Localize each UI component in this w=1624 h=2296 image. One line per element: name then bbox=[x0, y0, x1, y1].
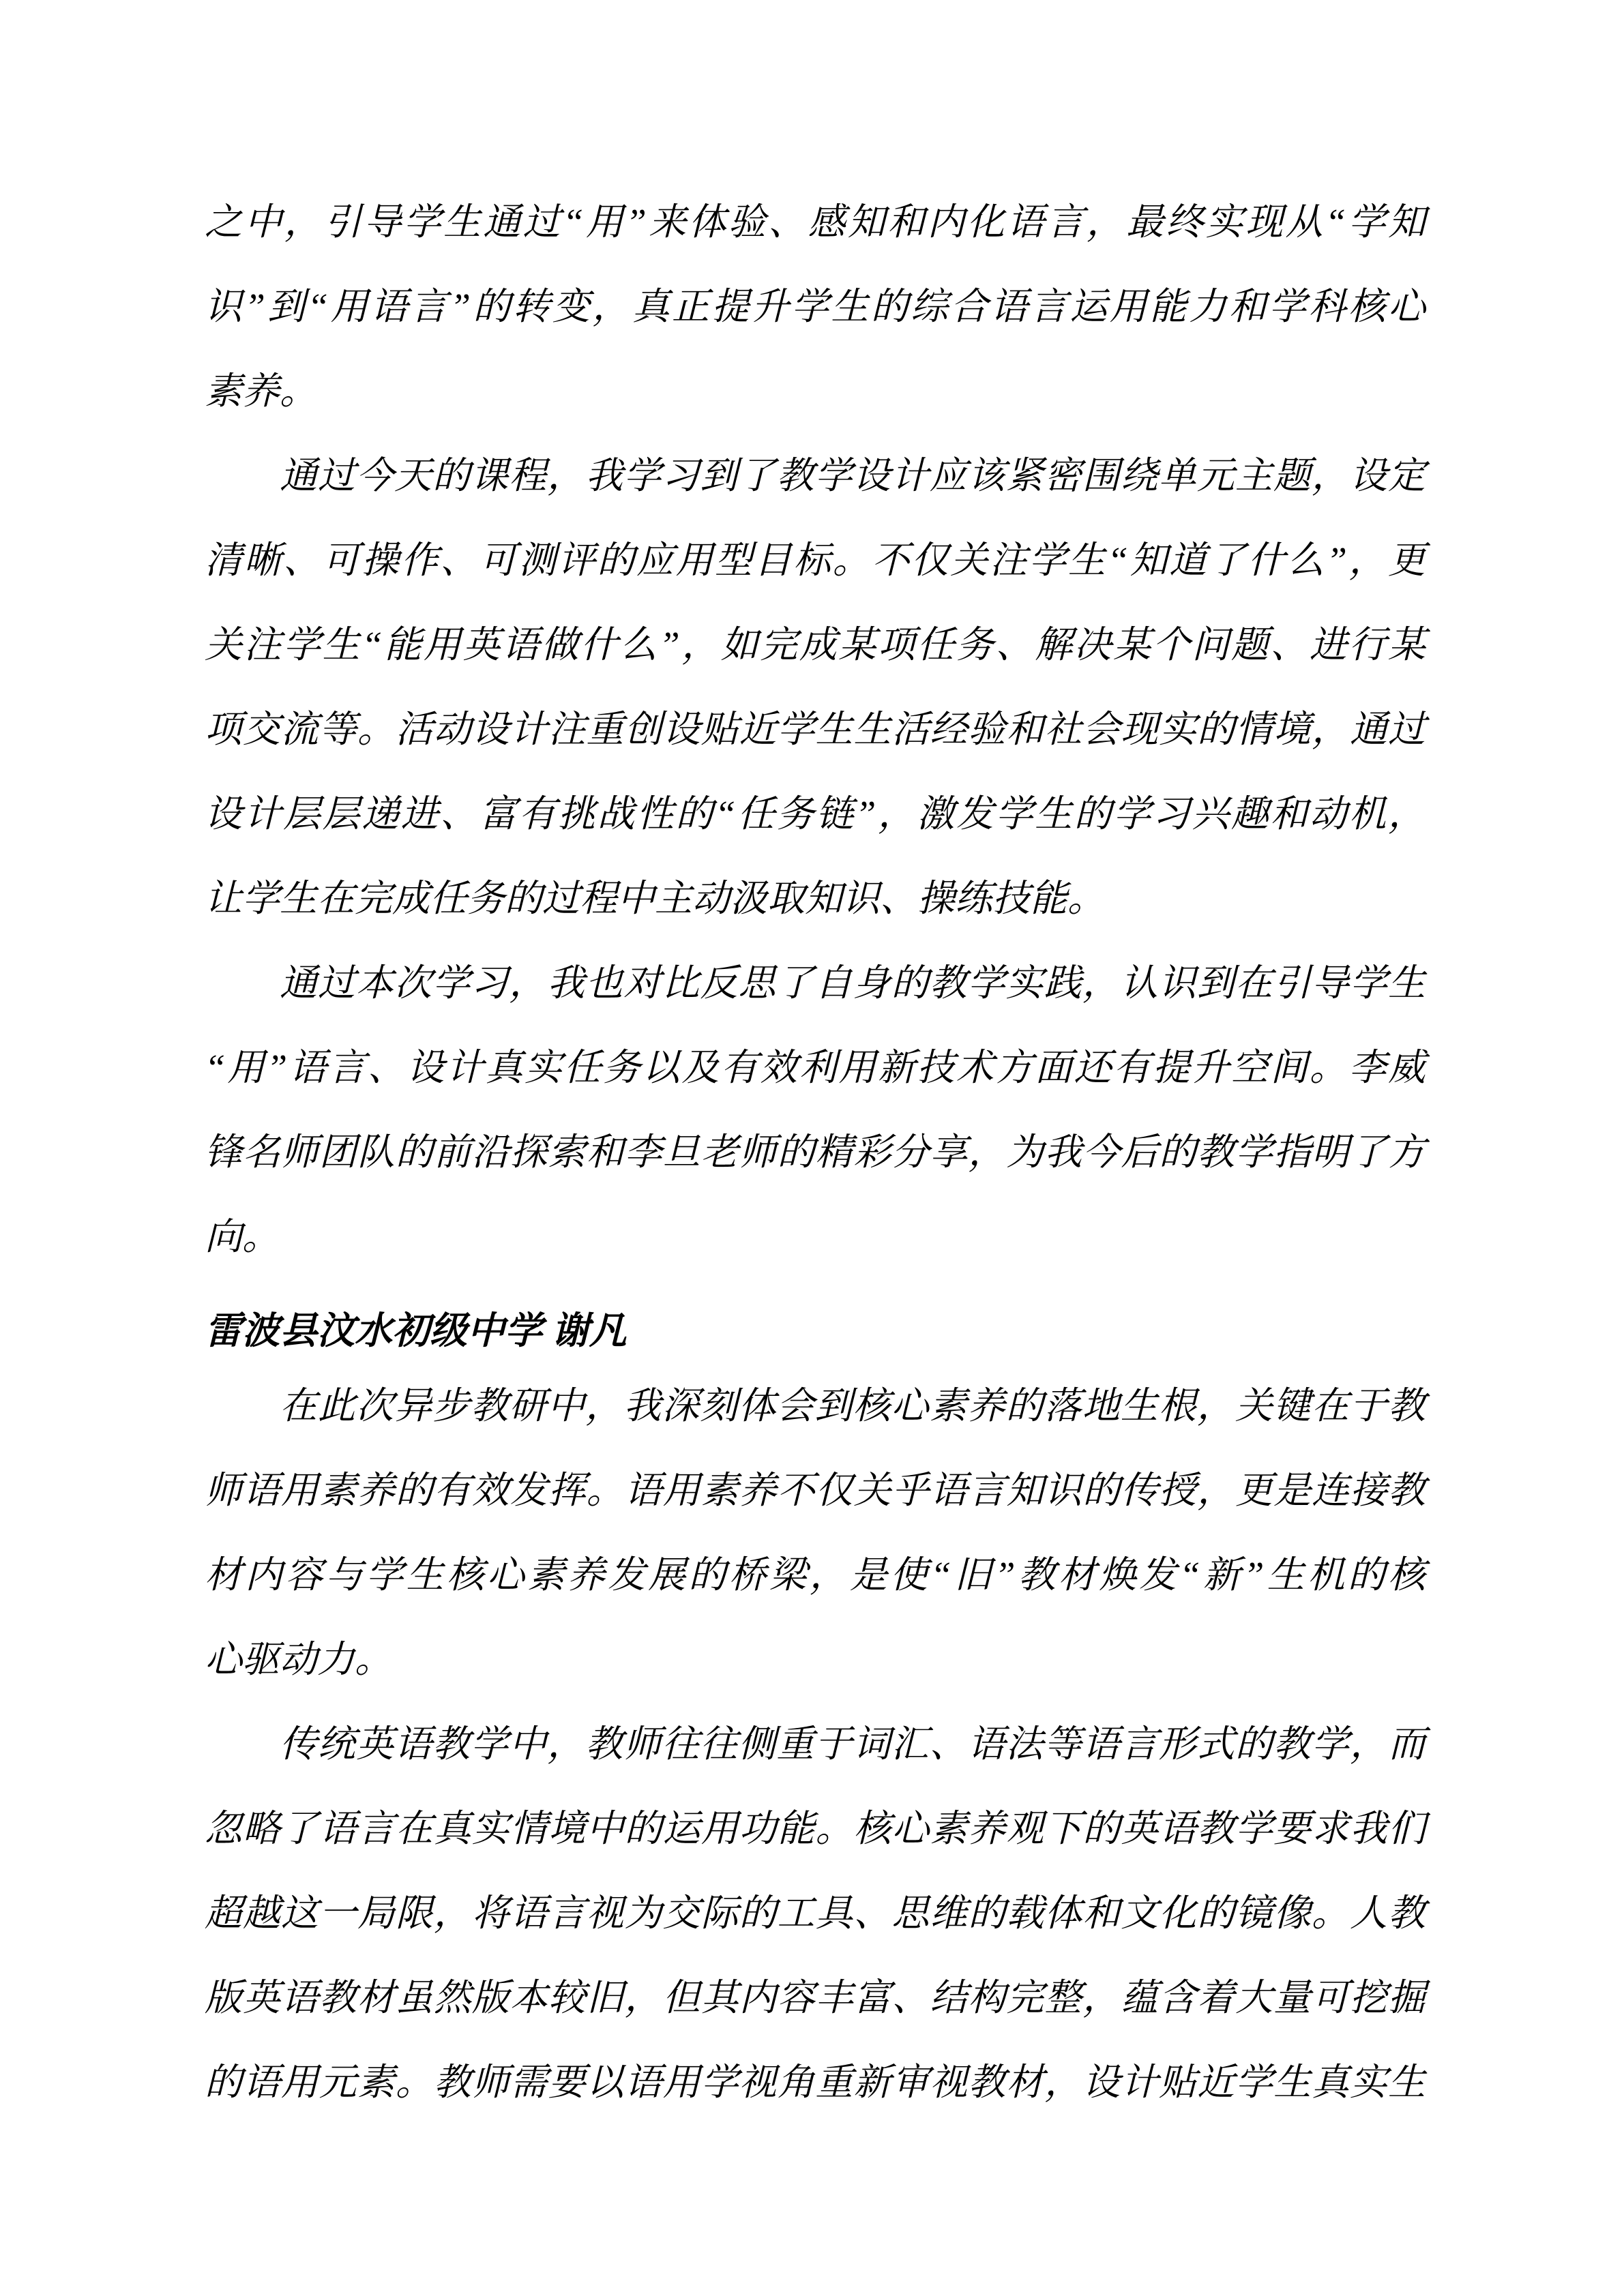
document-line: 师语用素养的有效发挥。语用素养不仅关乎语言知识的传授，更是连接教 bbox=[205, 1448, 1426, 1533]
document-line: 材内容与学生核心素养发展的桥梁，是使“旧”教材焕发“新”生机的核 bbox=[205, 1533, 1426, 1617]
document-line: 识”到“用语言”的转变，真正提升学生的综合语言运用能力和学科核心 bbox=[205, 265, 1426, 349]
document-line: 忽略了语言在真实情境中的运用功能。核心素养观下的英语教学要求我们 bbox=[205, 1787, 1426, 1871]
document-line: 项交流等。活动设计注重创设贴近学生生活经验和社会现实的情境，通过 bbox=[205, 687, 1426, 772]
document-line: 传统英语教学中，教师往往侧重于词汇、语法等语言形式的教学，而 bbox=[205, 1702, 1426, 1787]
document-line: 向。 bbox=[205, 1195, 1426, 1279]
document-line: 清晰、可操作、可测评的应用型目标。不仅关注学生“知道了什么”，更 bbox=[205, 518, 1426, 603]
document-line: 通过本次学习，我也对比反思了自身的教学实践，认识到在引导学生 bbox=[205, 941, 1426, 1026]
document-line: 锋名师团队的前沿探索和李旦老师的精彩分享，为我今后的教学指明了方 bbox=[205, 1110, 1426, 1195]
page: 之中，引导学生通过“用”来体验、感知和内化语言，最终实现从“学知 识”到“用语言… bbox=[0, 0, 1624, 2296]
document-line: 素养。 bbox=[205, 349, 1426, 434]
document-line: 心驱动力。 bbox=[205, 1617, 1426, 1702]
paragraph-continuation: 之中，引导学生通过“用”来体验、感知和内化语言，最终实现从“学知 识”到“用语言… bbox=[205, 180, 1426, 434]
paragraph-3: 通过本次学习，我也对比反思了自身的教学实践，认识到在引导学生 “用”语言、设计真… bbox=[205, 941, 1426, 1279]
document-line: “用”语言、设计真实任务以及有效利用新技术方面还有提升空间。李威 bbox=[205, 1026, 1426, 1110]
document-line: 之中，引导学生通过“用”来体验、感知和内化语言，最终实现从“学知 bbox=[205, 180, 1426, 265]
document-line: 超越这一局限，将语言视为交际的工具、思维的载体和文化的镜像。人教 bbox=[205, 1871, 1426, 1956]
document-line: 让学生在完成任务的过程中主动汲取知识、操练技能。 bbox=[205, 856, 1426, 941]
document-line: 版英语教材虽然版本较旧，但其内容丰富、结构完整，蕴含着大量可挖掘 bbox=[205, 1956, 1426, 2040]
document-line: 通过今天的课程，我学习到了教学设计应该紧密围绕单元主题，设定 bbox=[205, 434, 1426, 518]
paragraph-2: 通过今天的课程，我学习到了教学设计应该紧密围绕单元主题，设定 清晰、可操作、可测… bbox=[205, 434, 1426, 941]
paragraph-5: 传统英语教学中，教师往往侧重于词汇、语法等语言形式的教学，而 忽略了语言在真实情… bbox=[205, 1702, 1426, 2125]
document-line: 设计层层递进、富有挑战性的“任务链”，激发学生的学习兴趣和动机， bbox=[205, 772, 1426, 856]
section-heading: 雷波县汶水初级中学 谢凡 bbox=[205, 1289, 1426, 1373]
paragraph-4: 在此次异步教研中，我深刻体会到核心素养的落地生根，关键在于教 师语用素养的有效发… bbox=[205, 1364, 1426, 1702]
document-line: 关注学生“能用英语做什么”，如完成某项任务、解决某个问题、进行某 bbox=[205, 603, 1426, 687]
document-line: 在此次异步教研中，我深刻体会到核心素养的落地生根，关键在于教 bbox=[205, 1364, 1426, 1448]
document-line: 的语用元素。教师需要以语用学视角重新审视教材，设计贴近学生真实生 bbox=[205, 2040, 1426, 2125]
